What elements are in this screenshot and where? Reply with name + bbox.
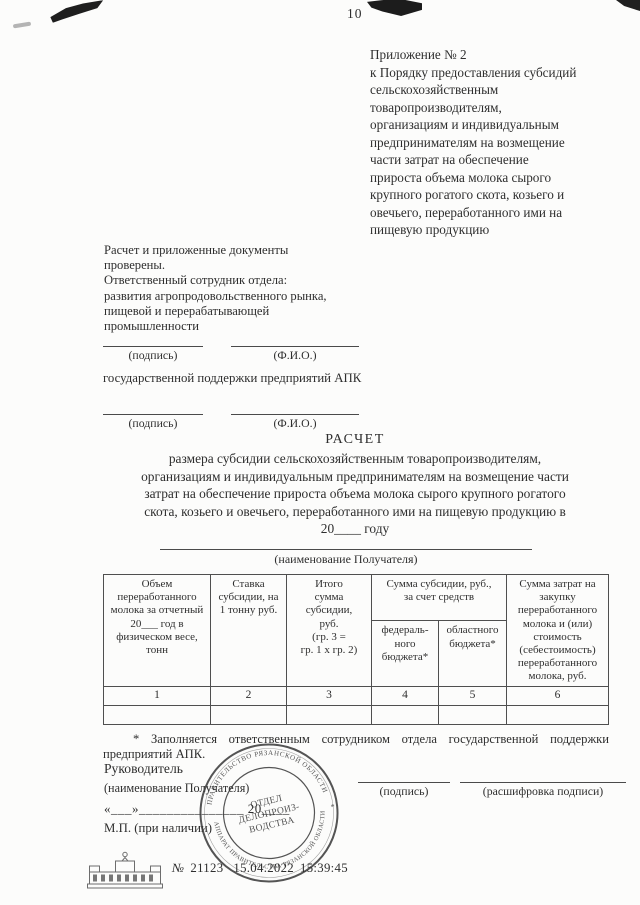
col-num: 1 xyxy=(104,686,211,705)
col-num: 4 xyxy=(372,686,439,705)
scan-artifact-corner xyxy=(616,0,640,11)
check-statement: Расчет и приложенные документы проверены… xyxy=(104,243,396,334)
empty-cell xyxy=(211,705,287,724)
signature-line-podpis: (подпись) xyxy=(103,414,203,431)
scan-artifact-blob xyxy=(367,0,422,16)
col-num: 5 xyxy=(439,686,507,705)
stamp-separator-star: * xyxy=(330,802,335,811)
calc-paragraph: размера субсидии сельскохозяйственным то… xyxy=(88,450,622,520)
table-header-row-1: Объем переработанного молока за отчетный… xyxy=(104,575,609,621)
empty-cell xyxy=(439,705,507,724)
signature-line-podpis: (подпись) xyxy=(103,346,203,363)
recipient-name-line: (наименование Получателя) xyxy=(160,549,532,567)
col-num: 3 xyxy=(287,686,372,705)
empty-cell xyxy=(104,705,211,724)
registration-date: 15.04.2022 xyxy=(233,861,294,875)
col-header-costs: Сумма затрат на закупку переработанного … xyxy=(507,575,609,687)
signature-line-fio: (Ф.И.О.) xyxy=(231,346,359,363)
signature-row-2: (подпись) (Ф.И.О.) xyxy=(103,414,359,431)
page-number: 10 xyxy=(347,6,363,22)
scan-artifact-blob xyxy=(49,0,104,23)
col-num: 2 xyxy=(211,686,287,705)
empty-cell xyxy=(287,705,372,724)
department-continued: государственной поддержки предприятий АП… xyxy=(103,371,365,386)
col-num: 6 xyxy=(507,686,609,705)
appendix-heading: Приложение № 2 к Порядку предоставления … xyxy=(370,46,632,239)
subsidy-calc-table: Объем переработанного молока за отчетный… xyxy=(103,574,609,725)
leader-signature-line: (подпись) xyxy=(358,782,450,799)
government-building-stamp-icon xyxy=(86,848,164,892)
leader-title: Руководитель xyxy=(104,761,183,777)
signature-line-fio: (Ф.И.О.) xyxy=(231,414,359,431)
col-header-rate: Ставка субсидии, на 1 тонну руб. xyxy=(211,575,287,687)
empty-cell xyxy=(372,705,439,724)
empty-data-row xyxy=(104,705,609,724)
registration-number: 21123 xyxy=(190,861,223,875)
col-header-subsidy-group: Сумма субсидии, руб., за счет средств xyxy=(372,575,507,621)
calc-title: РАСЧЕТ xyxy=(90,432,620,448)
scan-artifact-dash xyxy=(13,22,31,29)
empty-cell xyxy=(507,705,609,724)
leader-signature-decode-line: (расшифровка подписи) xyxy=(460,782,626,799)
signature-row-1: (подпись) (Ф.И.О.) xyxy=(103,346,359,363)
col-header-federal: федераль- ного бюджета* xyxy=(372,621,439,686)
col-header-volume: Объем переработанного молока за отчетный… xyxy=(104,575,211,687)
column-number-row: 1 2 3 4 5 6 xyxy=(104,686,609,705)
number-sign: № xyxy=(172,861,184,875)
col-header-regional: областного бюджета* xyxy=(439,621,507,686)
registration-time: 15:39:45 xyxy=(300,861,348,875)
footnote: * Заполняется ответственным сотрудником … xyxy=(103,732,609,763)
col-header-total: Итого сумма субсидии, руб. (гр. 3 = гр. … xyxy=(287,575,372,687)
calc-year-line: 20____ году xyxy=(88,521,622,537)
registration-line: №2112315.04.202215:39:45 xyxy=(172,861,348,876)
